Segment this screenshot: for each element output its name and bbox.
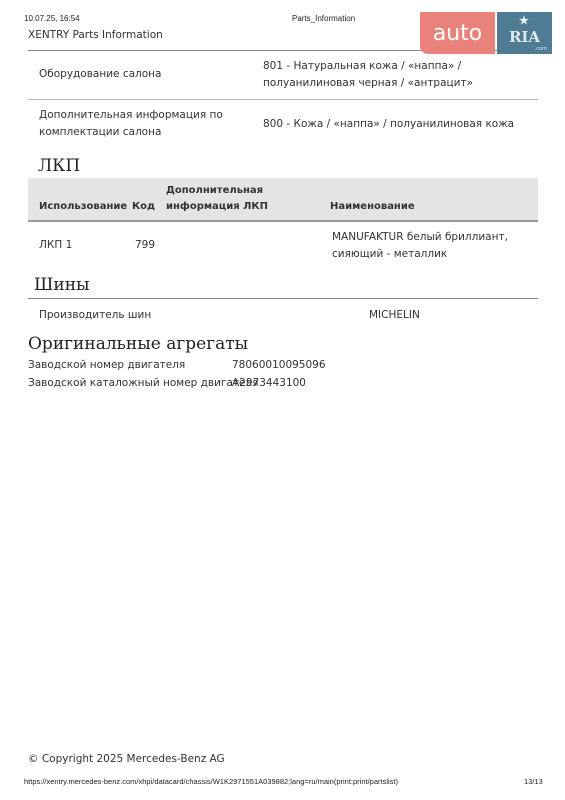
engine-catalog-value: A2973443100	[232, 375, 306, 392]
print-url: https://xentry.mercedes-benz.com/xhpi/da…	[24, 777, 398, 786]
original-units-heading: Оригинальные агрегаты	[28, 334, 248, 354]
column-header-code: Код	[132, 199, 155, 215]
engine-serial-label: Заводской номер двигателя	[28, 357, 185, 374]
paint-heading: ЛКП	[38, 156, 80, 176]
tires-divider	[28, 298, 538, 299]
app-title: XENTRY Parts Information	[28, 29, 163, 41]
logo-ria-text: RIA	[509, 28, 540, 46]
interior-extra-label: Дополнительная информация по комплектаци…	[39, 107, 239, 141]
tire-manufacturer-value: MICHELIN	[369, 307, 420, 324]
column-header-usage: Использование	[39, 199, 127, 215]
print-page-title: Parts_Information	[292, 14, 355, 23]
engine-catalog-label: Заводской каталожный номер двигателя	[28, 375, 258, 392]
paint-code-cell: 799	[135, 237, 155, 254]
column-header-extra-info: Дополнительная информация ЛКП	[166, 183, 276, 215]
print-datetime: 10.07.25, 16:54	[24, 14, 80, 23]
logo-ria-suffix: .com	[535, 46, 547, 52]
logo-auto-text: auto	[433, 21, 483, 46]
paint-name-cell: MANUFAKTUR белый бриллиант, сияющий - ме…	[332, 229, 522, 263]
interior-extra-value: 800 - Кожа / «наппа» / полуанилиновая ко…	[263, 116, 533, 133]
engine-serial-value: 78060010095096	[232, 357, 326, 374]
row-divider	[28, 99, 538, 100]
tire-manufacturer-label: Производитель шин	[39, 307, 151, 324]
star-icon: ★	[519, 14, 529, 27]
autoria-logo-ria: ★ RIA .com	[497, 12, 552, 54]
copyright: © Copyright 2025 Mercedes-Benz AG	[28, 753, 225, 765]
tires-heading: Шины	[34, 275, 90, 295]
interior-equipment-value: 801 - Натуральная кожа / «наппа» / полуа…	[263, 58, 533, 92]
interior-equipment-label: Оборудование салона	[39, 66, 249, 83]
autoria-logo-auto: auto	[420, 12, 495, 54]
column-header-name: Наименование	[330, 199, 415, 215]
paint-usage-cell: ЛКП 1	[39, 237, 72, 254]
page-number: 13/13	[524, 777, 543, 786]
